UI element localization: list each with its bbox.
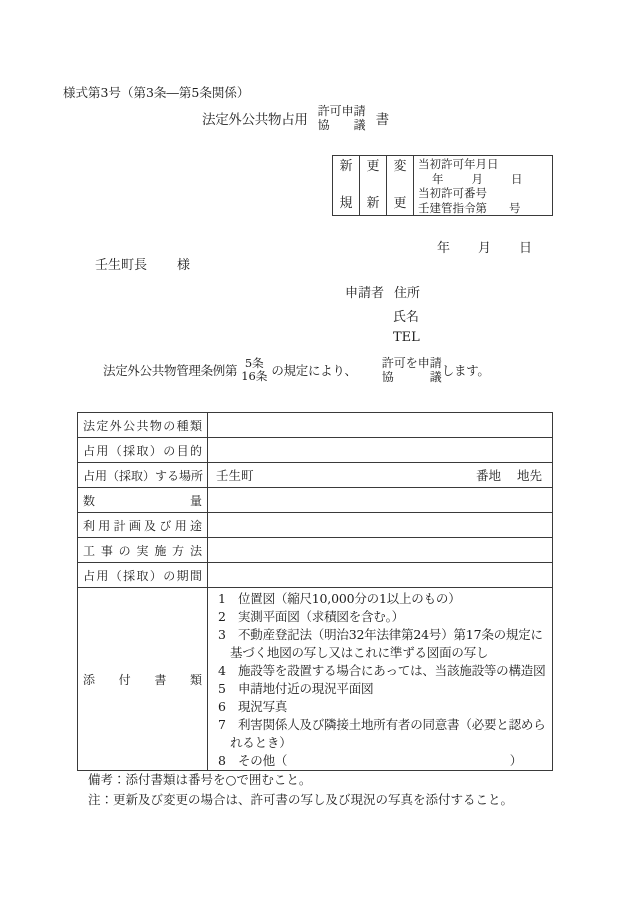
attachment-item: 4施設等を設置する場合にあっては、当該施設等の構造図 — [214, 662, 546, 680]
row-label-type: 法定外公共物の種類 — [78, 413, 208, 438]
applicant-label: 申請者 — [345, 282, 384, 297]
form-page: 様式第3号（第3条―第5条関係） 法定外公共物占用 許可申請 協 議 書 新 規… — [0, 0, 630, 903]
original-permit-number-label: 当初許可番号 — [418, 186, 548, 201]
status-box: 新 規 更 新 変 更 当初許可年月日 年 月 日 当初許可番号 壬建管指令第 … — [332, 155, 553, 216]
original-permit-date-blank: 年 月 日 — [418, 172, 548, 187]
form-title: 法定外公共物占用 許可申請 協 議 書 — [202, 102, 389, 134]
applicant-field-tel: TEL — [393, 330, 420, 345]
action-stack: 許可を申請 協 議 — [382, 356, 442, 384]
attachment-item: 7利害関係人及び隣接土地所有者の同意書（必要と認められるとき） — [214, 716, 546, 752]
attachment-item: 5申請地付近の現況平面図 — [214, 680, 546, 698]
sentence-middle: の規定により、 — [271, 361, 356, 379]
status-info: 当初許可年月日 年 月 日 当初許可番号 壬建管指令第 号 — [414, 156, 552, 215]
table-row: 法定外公共物の種類 — [78, 413, 553, 438]
row-value-period — [208, 563, 553, 588]
sentence-lead: 法定外公共物管理条例第 — [103, 361, 237, 379]
application-table: 法定外公共物の種類 占用（採取）の目的 占用（採取）する場所 壬生町 番地 地先… — [77, 412, 553, 771]
article-stack: 5条 16条 — [241, 357, 267, 383]
applicant-field-name: 氏名 — [393, 306, 419, 321]
directive-number-line: 壬建管指令第 号 — [418, 201, 548, 216]
addressee-line: 壬生町長 様 — [95, 254, 190, 273]
row-value-purpose — [208, 438, 553, 463]
table-row: 数量 — [78, 488, 553, 513]
place-town: 壬生町 — [216, 466, 254, 484]
notes: 備考：添付書類は番号を○で囲むこと。 注：更新及び変更の場合は、許可書の写し及び… — [88, 770, 513, 810]
applicant-address-line: 申請者 住所 — [345, 282, 420, 297]
title-prefix: 法定外公共物占用 — [202, 108, 308, 128]
note-remark: 備考：添付書類は番号を○で囲むこと。 — [88, 770, 513, 790]
application-sentence: 法定外公共物管理条例第 5条 16条 の規定により、 許可を申請 協 議 します… — [103, 352, 490, 388]
applicant-name-line: 氏名 — [345, 306, 420, 321]
action-bottom: 協 議 — [382, 370, 442, 384]
title-variant-bottom: 協 議 — [318, 118, 366, 133]
table-row: 工事の実施方法 — [78, 538, 553, 563]
row-label-place: 占用（採取）する場所 — [78, 463, 208, 488]
attachment-item: 6現況写真 — [214, 698, 546, 716]
applicant-block: 申請者 住所 氏名 TEL — [345, 282, 420, 354]
status-option-renew: 更 新 — [360, 156, 387, 215]
row-value-type — [208, 413, 553, 438]
row-label-construction: 工事の実施方法 — [78, 538, 208, 563]
place-banchi-label: 番地 — [476, 466, 501, 484]
original-permit-date-label: 当初許可年月日 — [418, 157, 548, 172]
row-label-use-plan: 利用計画及び用途 — [78, 513, 208, 538]
row-value-place: 壬生町 番地 地先 — [208, 463, 553, 488]
attachment-item: 2実測平面図（求積図を含む。） — [214, 608, 546, 626]
table-row: 利用計画及び用途 — [78, 513, 553, 538]
row-value-construction — [208, 538, 553, 563]
row-value-use-plan — [208, 513, 553, 538]
row-label-attachments: 添付書類 — [78, 588, 208, 771]
row-value-quantity — [208, 488, 553, 513]
addressee-name: 壬生町長 — [95, 254, 147, 273]
status-option-new: 新 規 — [333, 156, 360, 215]
place-chisaki-label: 地先 — [517, 466, 542, 484]
action-top: 許可を申請 — [382, 356, 442, 370]
attachment-item-other: 8その他（） — [214, 752, 546, 770]
title-variant-stack: 許可申請 協 議 — [318, 104, 366, 133]
addressee-honorific: 様 — [177, 254, 190, 273]
row-label-quantity: 数量 — [78, 488, 208, 513]
table-row: 占用（採取）する場所 壬生町 番地 地先 — [78, 463, 553, 488]
applicant-field-address: 住所 — [394, 282, 420, 297]
attachment-item: 3不動産登記法（明治32年法律第24号）第17条の規定に基づく地図の写し又はこれ… — [214, 626, 546, 662]
applicant-tel-line: TEL — [345, 330, 420, 345]
title-variant-top: 許可申請 — [318, 104, 366, 119]
attachments-list: 1位置図（縮尺10,000分の1以上のもの） 2実測平面図（求積図を含む。） 3… — [208, 588, 553, 771]
table-row: 占用（採取）の目的 — [78, 438, 553, 463]
table-row: 添付書類 1位置図（縮尺10,000分の1以上のもの） 2実測平面図（求積図を含… — [78, 588, 553, 771]
note-caution: 注：更新及び変更の場合は、許可書の写し及び現況の写真を添付すること。 — [88, 790, 513, 810]
row-label-period: 占用（採取）の期間 — [78, 563, 208, 588]
attachment-item: 1位置図（縮尺10,000分の1以上のもの） — [214, 590, 546, 608]
title-suffix: 書 — [376, 108, 389, 128]
row-label-purpose: 占用（採取）の目的 — [78, 438, 208, 463]
date-line: 年 月 日 — [437, 237, 532, 256]
form-number-label: 様式第3号（第3条―第5条関係） — [63, 83, 249, 101]
sentence-tail: します。 — [442, 361, 490, 379]
table-row: 占用（採取）の期間 — [78, 563, 553, 588]
status-option-change: 変 更 — [387, 156, 414, 215]
